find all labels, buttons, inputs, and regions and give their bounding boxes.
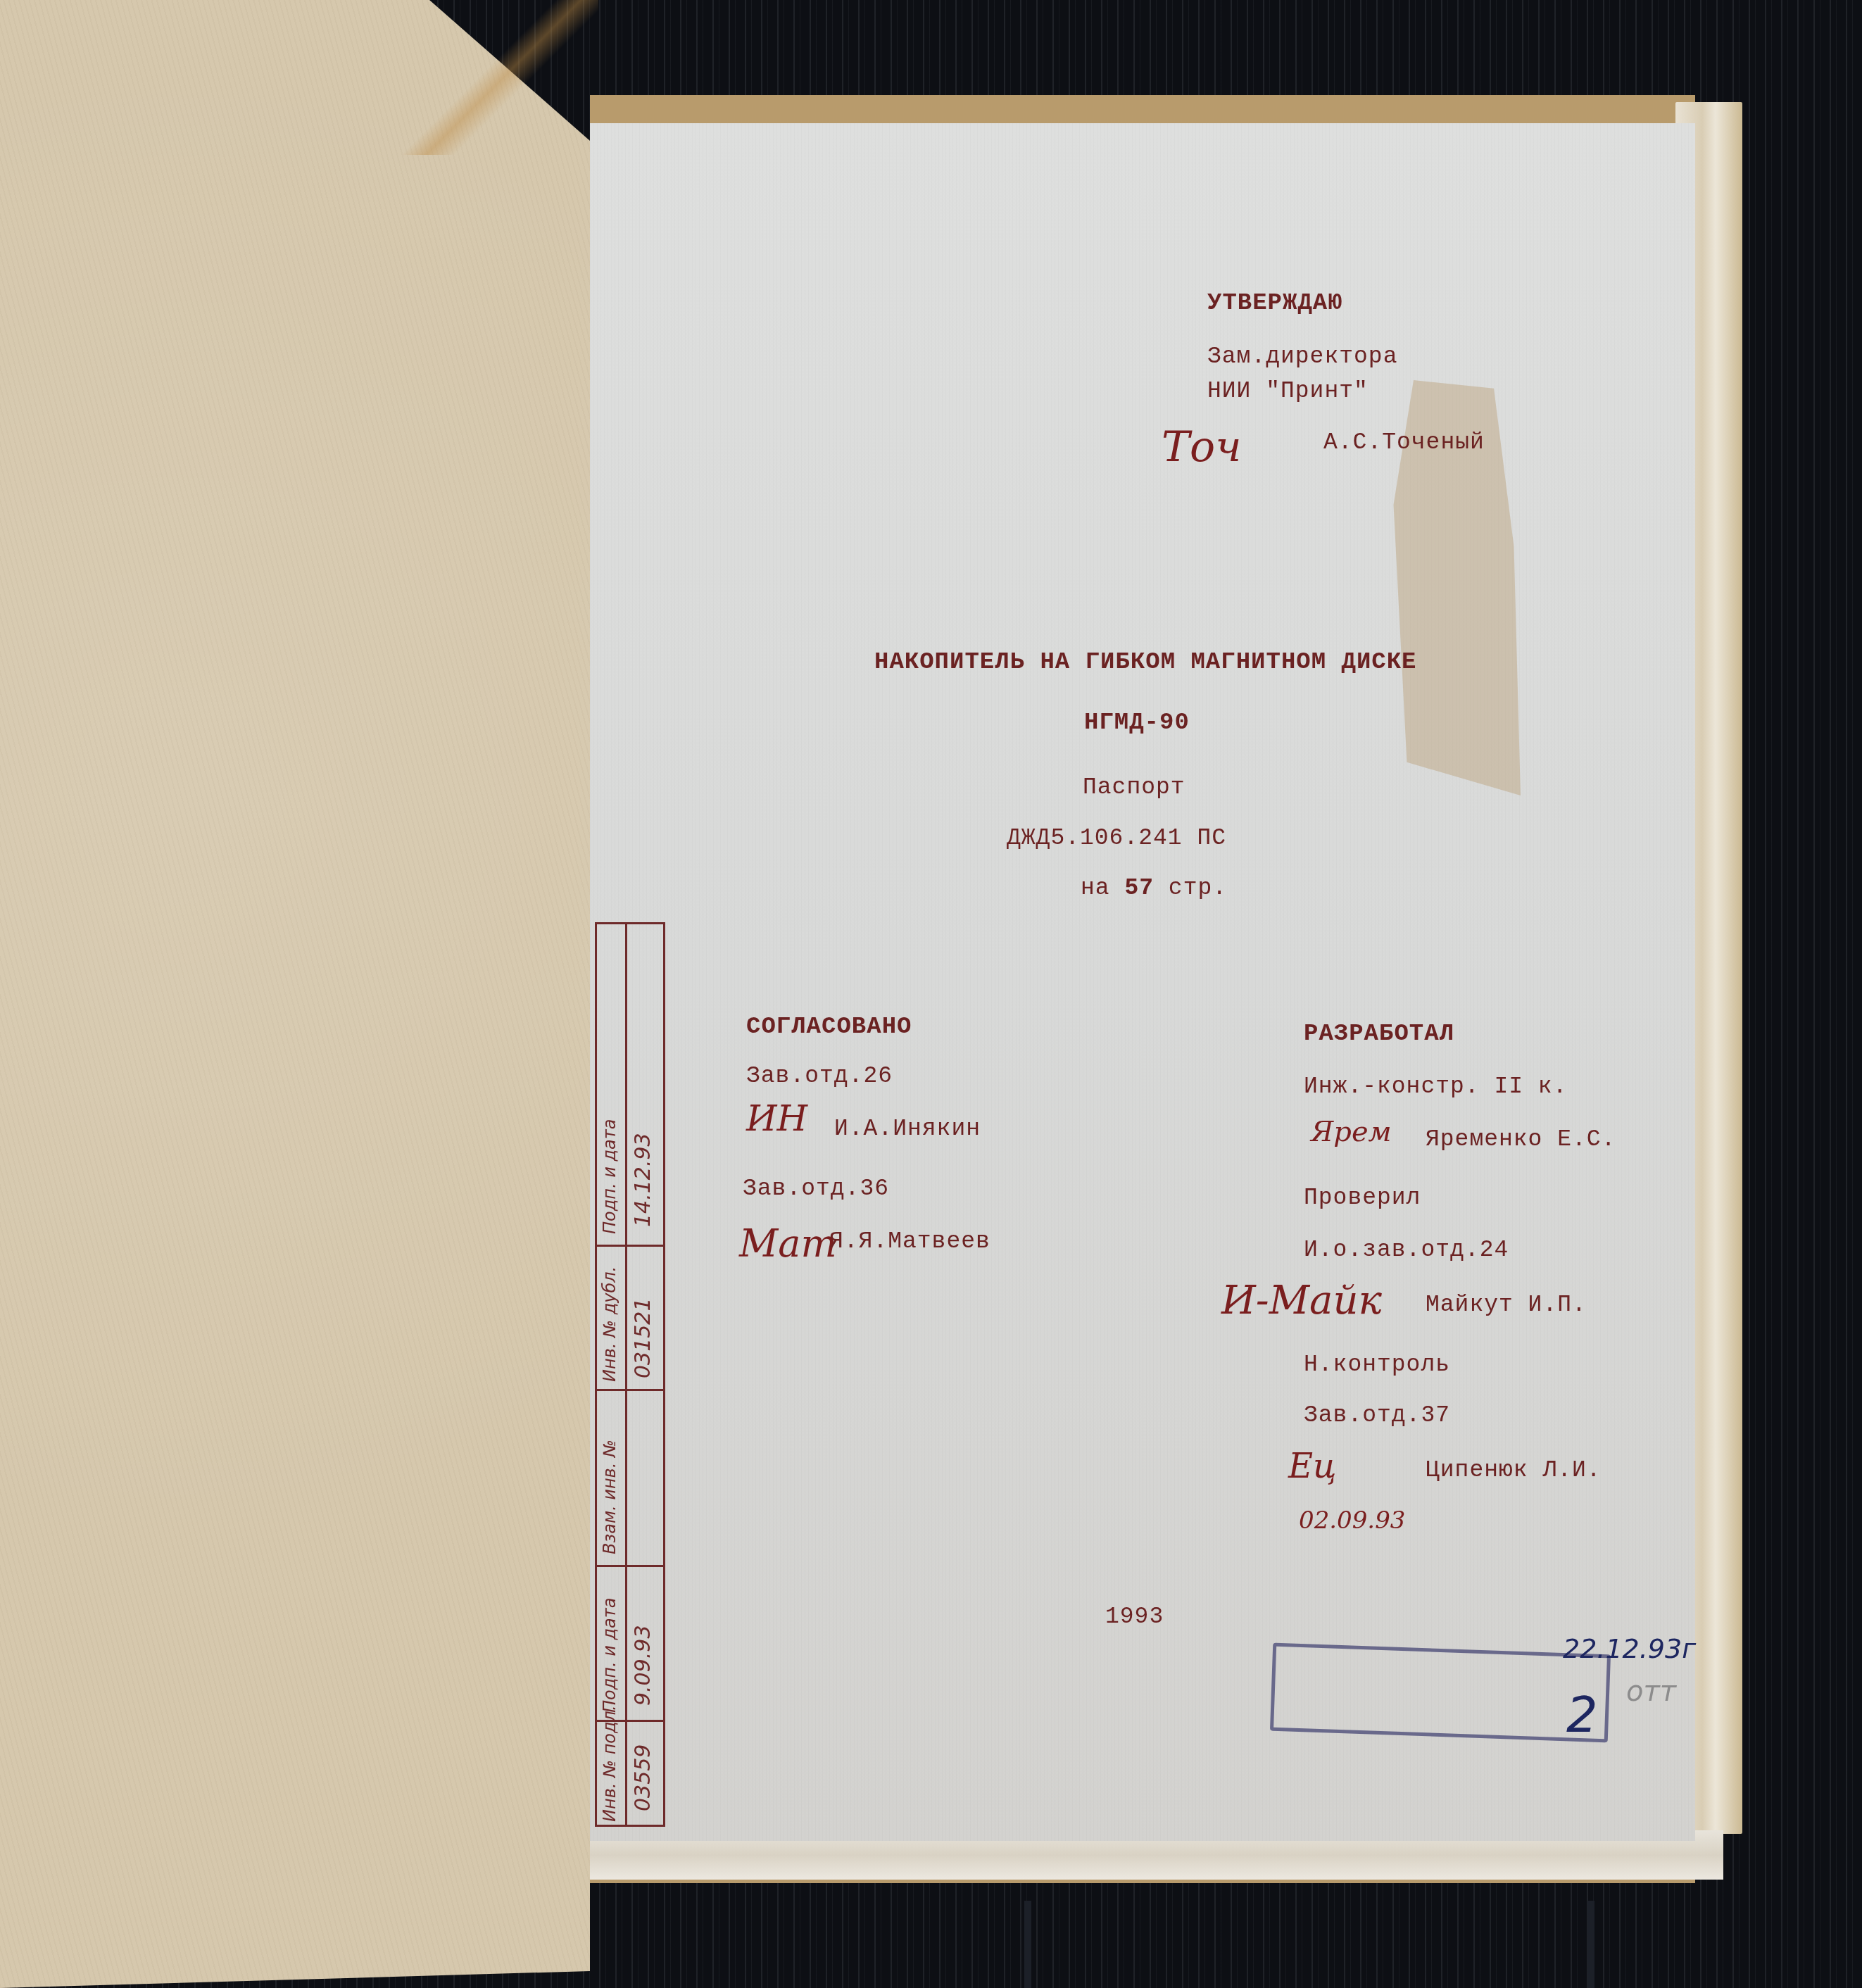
- cover-worn-edge: [394, 0, 598, 155]
- agreed-signature-1: ИН: [746, 1098, 807, 1139]
- pages-number: 57: [1124, 875, 1154, 901]
- table-value-orig-inv: 03559: [631, 1744, 655, 1811]
- left-cover: [0, 0, 590, 1988]
- registration-date: 22.12.93г: [1563, 1633, 1696, 1664]
- table-label-repl-inv: Взам. инв. №: [600, 1440, 619, 1554]
- table-divider: [625, 924, 627, 1825]
- table-label-sign-date-2: Подп. и дата: [600, 1119, 619, 1235]
- pages-suffix: стр.: [1169, 875, 1227, 901]
- table-label-sign-date-1: Подп. и дата: [600, 1598, 619, 1713]
- approval-position-line1: Зам.директора: [1207, 344, 1397, 370]
- pages-prefix: на: [1081, 875, 1110, 901]
- norm-control-name: Ципенюк Л.И.: [1426, 1457, 1602, 1483]
- table-row-divider: [597, 1565, 663, 1567]
- table-value-sign-date-2: 14.12.93: [631, 1133, 655, 1227]
- approval-heading: УТВЕРЖДАЮ: [1207, 290, 1343, 317]
- title-page: [590, 123, 1695, 1841]
- agreed-heading: СОГЛАСОВАНО: [746, 1014, 912, 1040]
- approval-position-line2: НИИ "Принт": [1207, 378, 1369, 404]
- table-value-sign-date-1: 9.09.93: [631, 1625, 655, 1706]
- registration-stamp-box: [1270, 1643, 1611, 1743]
- agreed-signature-2: Мат: [739, 1221, 837, 1266]
- table-label-orig-inv: Инв. № подл.: [600, 1705, 619, 1822]
- product-title: НАКОПИТЕЛЬ НА ГИБКОМ МАГНИТНОМ ДИСКЕ: [874, 649, 1417, 676]
- page-count: на 57 стр.: [1081, 875, 1227, 901]
- developed-heading: РАЗРАБОТАЛ: [1304, 1021, 1454, 1048]
- checked-heading: Проверил: [1304, 1185, 1421, 1211]
- checked-position: И.о.зав.отд.24: [1304, 1237, 1509, 1263]
- table-label-dup-inv: Инв. № дубл.: [600, 1266, 619, 1382]
- agreed-name-2: Я.Я.Матвеев: [829, 1228, 990, 1254]
- margin-stamp-table: Подп. и дата 14.12.93 Инв. № дубл. 03152…: [595, 922, 665, 1827]
- norm-control-position: Зав.отд.37: [1304, 1402, 1450, 1428]
- developed-signature: Ярем: [1311, 1116, 1392, 1148]
- document-code: ДЖД5.106.241 ПС: [1007, 825, 1226, 851]
- approval-name: А.С.Точеный: [1323, 429, 1485, 455]
- developed-name: Яременко Е.С.: [1426, 1126, 1616, 1152]
- registration-note: отт: [1626, 1675, 1676, 1708]
- developed-position: Инж.-констр. II к.: [1304, 1074, 1567, 1100]
- checked-signature: И-Майк: [1221, 1278, 1382, 1323]
- approval-signature: Точ: [1162, 422, 1241, 472]
- table-row-divider: [597, 1245, 663, 1247]
- table-row-divider: [597, 1389, 663, 1391]
- norm-control-date: 02.09.93: [1299, 1506, 1405, 1535]
- agreed-name-1: И.А.Инякин: [834, 1116, 981, 1142]
- agreed-position-2: Зав.отд.36: [743, 1176, 889, 1202]
- document-type: Паспорт: [1083, 774, 1185, 800]
- table-value-dup-inv: 031521: [631, 1297, 655, 1378]
- product-model: НГМД-90: [1084, 710, 1190, 736]
- checked-name: Майкут И.П.: [1426, 1292, 1587, 1318]
- plank-gap: [1587, 1901, 1594, 1988]
- registration-number: 2: [1566, 1686, 1598, 1744]
- norm-control-signature: Ец: [1288, 1447, 1337, 1486]
- agreed-position-1: Зав.отд.26: [746, 1063, 893, 1089]
- norm-control-heading: Н.контроль: [1304, 1352, 1450, 1378]
- plank-gap: [1024, 1901, 1031, 1988]
- document-year: 1993: [1105, 1604, 1164, 1630]
